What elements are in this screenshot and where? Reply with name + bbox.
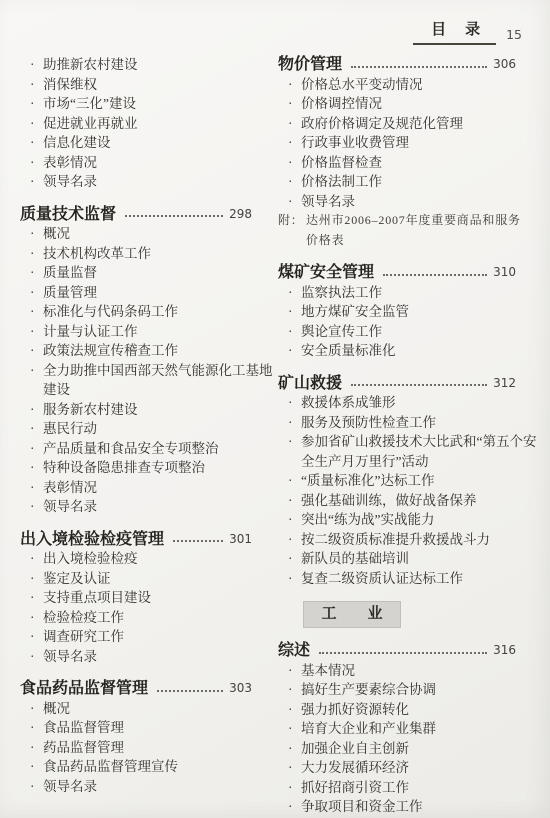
toc-entry: ·质量监督 [20, 263, 252, 283]
page-number: 15 [506, 27, 522, 45]
toc-entry: ·抓好招商引资工作 [278, 778, 516, 798]
bullet-marker: · [288, 432, 301, 452]
toc-entry: ·领导名录 [278, 192, 516, 212]
toc-entry: ·价格总水平变动情况 [278, 75, 516, 95]
section-title: 矿山救援 [278, 374, 342, 394]
section-page-number: 310 [493, 263, 516, 283]
bullet-marker: · [30, 302, 43, 322]
bullet-marker: · [30, 718, 43, 738]
bullet-marker: · [288, 341, 301, 361]
bullet-marker: · [30, 757, 43, 777]
dot-leader [173, 540, 223, 542]
toc-entry-label: 监察执法工作 [301, 283, 540, 303]
toc-section: 矿山救援312·救援体系成雏形·服务及预防性检查工作·参加省矿山救援技术大比武和… [278, 374, 516, 589]
toc-entry-label: 价格监督检查 [301, 153, 540, 173]
toc-entry: ·领导名录 [20, 497, 252, 517]
toc-entry-label: 出入境检验检疫 [43, 549, 276, 569]
bullet-marker: · [30, 172, 43, 192]
section-header: 矿山救援312 [278, 374, 516, 394]
toc-entry-label: 概况 [43, 224, 276, 244]
toc-entry: ·培育大企业和产业集群 [278, 719, 516, 739]
section-page-number: 316 [493, 641, 516, 661]
toc-entry-label: 质量监督 [43, 263, 276, 283]
dot-leader [383, 274, 487, 276]
toc-entry: ·价格法制工作 [278, 172, 516, 192]
toc-entry-label: 复查二级资质认证达标工作 [301, 569, 540, 589]
bullet-marker: · [288, 302, 301, 322]
bullet-marker: · [30, 224, 43, 244]
toc-entry-label: 消保维权 [43, 75, 276, 95]
toc-entry: ·技术机构改革工作 [20, 244, 252, 264]
bullet-marker: · [288, 393, 301, 413]
toc-entry: ·强化基础训练，做好战备保养 [278, 491, 516, 511]
toc-entry: ·助推新农村建设 [20, 55, 252, 75]
bullet-marker: · [288, 719, 301, 739]
toc-entry: ·政策法规宣传稽查工作 [20, 341, 252, 361]
toc-entry: ·表彰情况 [20, 478, 252, 498]
toc-entry: ·产品质量和食品安全专项整治 [20, 439, 252, 459]
toc-entry-label: 价格调控情况 [301, 94, 540, 114]
toc-page: 目 录 15 ·助推新农村建设·消保维权·市场“三化”建设·促进就业再就业·信息… [0, 0, 550, 818]
toc-entry: ·突出“练为战”实战能力 [278, 510, 516, 530]
bullet-marker: · [288, 94, 301, 114]
bullet-marker: · [288, 530, 301, 550]
bullet-marker: · [288, 192, 301, 212]
toc-entry: ·支持重点项目建设 [20, 588, 252, 608]
section-title: 出入境检验检疫管理 [20, 530, 164, 550]
bullet-marker: · [288, 413, 301, 433]
toc-section: 综述316·基本情况·搞好生产要素综合协调·强力抓好资源转化·培育大企业和产业集… [278, 641, 516, 817]
bullet-marker: · [288, 114, 301, 134]
toc-entry-label: “质量标准化”达标工作 [301, 471, 540, 491]
bullet-marker: · [288, 471, 301, 491]
section-page-number: 303 [229, 679, 252, 699]
toc-entry: ·政府价格调定及规范化管理 [278, 114, 516, 134]
page-title: 目 录 [431, 22, 482, 38]
toc-entry: ·质量管理 [20, 283, 252, 303]
toc-entry-label: 参加省矿山救援技术大比武和“第五个安全生产月万里行”活动 [301, 432, 540, 471]
toc-entry: ·服务新农村建设 [20, 400, 252, 420]
toc-entry-label: 计量与认证工作 [43, 322, 276, 342]
bullet-marker: · [30, 439, 43, 459]
bullet-marker: · [30, 608, 43, 628]
toc-entry: ·服务及预防性检查工作 [278, 413, 516, 433]
toc-entry: ·基本情况 [278, 661, 516, 681]
section-header: 煤矿安全管理310 [278, 263, 516, 283]
toc-entry: ·搞好生产要素综合协调 [278, 680, 516, 700]
section-header: 质量技术监督298 [20, 205, 252, 225]
toc-entry-label: 抓好招商引资工作 [301, 778, 540, 798]
toc-entry: ·促进就业再就业 [20, 114, 252, 134]
toc-entry: ·按二级资质标准提升救援战斗力 [278, 530, 516, 550]
bullet-marker: · [288, 491, 301, 511]
toc-entry-label: 价格法制工作 [301, 172, 540, 192]
section-title: 煤矿安全管理 [278, 263, 374, 283]
bullet-marker: · [30, 75, 43, 95]
dot-leader [351, 384, 487, 386]
toc-entry-label: 领导名录 [301, 192, 540, 212]
toc-entry: ·复查二级资质认证达标工作 [278, 569, 516, 589]
toc-entry: ·消保维权 [20, 75, 252, 95]
bullet-marker: · [30, 263, 43, 283]
toc-entry-label: 食品药品监督管理宣传 [43, 757, 276, 777]
toc-entry-label: 鉴定及认证 [43, 569, 276, 589]
toc-entry-label: 表彰情况 [43, 153, 276, 173]
toc-entry: ·大力发展循环经济 [278, 758, 516, 778]
bullet-marker: · [30, 341, 43, 361]
bullet-marker: · [288, 680, 301, 700]
toc-entry-label: 舆论宣传工作 [301, 322, 540, 342]
section-title: 食品药品监督管理 [20, 679, 148, 699]
bullet-marker: · [288, 75, 301, 95]
bullet-marker: · [288, 739, 301, 759]
bullet-marker: · [30, 153, 43, 173]
toc-entry-label: 争取项目和资金工作 [301, 797, 540, 817]
toc-section: 质量技术监督298·概况·技术机构改革工作·质量监督·质量管理·标准化与代码条码… [20, 205, 252, 517]
toc-entry: ·调查研究工作 [20, 627, 252, 647]
toc-entry-label: 检验检疫工作 [43, 608, 276, 628]
toc-entry-label: 市场“三化”建设 [43, 94, 276, 114]
toc-entry: ·领导名录 [20, 647, 252, 667]
toc-entry: ·争取项目和资金工作 [278, 797, 516, 817]
toc-entry: ·监察执法工作 [278, 283, 516, 303]
toc-entry-label: 加强企业自主创新 [301, 739, 540, 759]
bullet-marker: · [288, 700, 301, 720]
toc-entry-label: 技术机构改革工作 [43, 244, 276, 264]
section-header: 综述316 [278, 641, 516, 661]
toc-entry: ·救援体系成雏形 [278, 393, 516, 413]
bullet-marker: · [288, 549, 301, 569]
toc-entry: ·市场“三化”建设 [20, 94, 252, 114]
toc-entry: ·惠民行动 [20, 419, 252, 439]
toc-section: 工 业 [278, 601, 516, 628]
toc-entry-label: 特种设备隐患排查专项整治 [43, 458, 276, 478]
section-header: 食品药品监督管理303 [20, 679, 252, 699]
toc-entry-label: 领导名录 [43, 777, 276, 797]
dot-leader [351, 66, 487, 68]
toc-entry-label: 领导名录 [43, 172, 276, 192]
bullet-marker: · [288, 283, 301, 303]
toc-entry-label: 质量管理 [43, 283, 276, 303]
toc-entry: ·地方煤矿安全监管 [278, 302, 516, 322]
dot-leader [125, 215, 223, 217]
bullet-marker: · [288, 758, 301, 778]
toc-entry-label: 标准化与代码条码工作 [43, 302, 276, 322]
toc-entry-label: 政府价格调定及规范化管理 [301, 114, 540, 134]
toc-entry: ·安全质量标准化 [278, 341, 516, 361]
toc-section: 物价管理306·价格总水平变动情况·价格调控情况·政府价格调定及规范化管理·行政… [278, 55, 516, 250]
toc-entry: ·计量与认证工作 [20, 322, 252, 342]
section-page-number: 306 [493, 55, 516, 75]
toc-entry: ·“质量标准化”达标工作 [278, 471, 516, 491]
toc-entry: ·概况 [20, 224, 252, 244]
toc-entry: ·食品药品监督管理宣传 [20, 757, 252, 777]
toc-entry-label: 价格总水平变动情况 [301, 75, 540, 95]
toc-entry-label: 服务新农村建设 [43, 400, 276, 420]
bullet-marker: · [30, 549, 43, 569]
bullet-marker: · [30, 627, 43, 647]
toc-entry: ·新队员的基础培训 [278, 549, 516, 569]
toc-entry-label: 政策法规宣传稽查工作 [43, 341, 276, 361]
bullet-marker: · [30, 400, 43, 420]
toc-column-left: ·助推新农村建设·消保维权·市场“三化”建设·促进就业再就业·信息化建设·表彰情… [20, 55, 252, 817]
toc-entry-label: 强化基础训练，做好战备保养 [301, 491, 540, 511]
toc-entry-label: 服务及预防性检查工作 [301, 413, 540, 433]
bullet-marker: · [288, 778, 301, 798]
toc-entry-label: 安全质量标准化 [301, 341, 540, 361]
bullet-marker: · [288, 797, 301, 817]
bullet-marker: · [30, 478, 43, 498]
toc-entry-label: 救援体系成雏形 [301, 393, 540, 413]
toc-columns: ·助推新农村建设·消保维权·市场“三化”建设·促进就业再就业·信息化建设·表彰情… [20, 55, 516, 817]
section-header: 物价管理306 [278, 55, 516, 75]
toc-entry: ·药品监督管理 [20, 738, 252, 758]
section-title: 物价管理 [278, 55, 342, 75]
bullet-marker: · [288, 510, 301, 530]
toc-entry: ·领导名录 [20, 172, 252, 192]
section-page-number: 312 [493, 374, 516, 394]
bullet-marker: · [288, 153, 301, 173]
toc-section: 食品药品监督管理303·概况·食品监督管理·药品监督管理·食品药品监督管理宣传·… [20, 679, 252, 796]
toc-entry-label: 强力抓好资源转化 [301, 700, 540, 720]
toc-entry-label: 全力助推中国西部天然气能源化工基地建设 [43, 361, 276, 400]
bullet-marker: · [30, 738, 43, 758]
bullet-marker: · [30, 94, 43, 114]
toc-entry-label: 按二级资质标准提升救援战斗力 [301, 530, 540, 550]
toc-entry-label: 惠民行动 [43, 419, 276, 439]
toc-entry-label: 食品监督管理 [43, 718, 276, 738]
toc-entry: ·参加省矿山救援技术大比武和“第五个安全生产月万里行”活动 [278, 432, 516, 471]
bullet-marker: · [30, 322, 43, 342]
toc-entry-label: 助推新农村建设 [43, 55, 276, 75]
toc-entry: ·领导名录 [20, 777, 252, 797]
toc-entry-label: 领导名录 [43, 497, 276, 517]
section-page-number: 301 [229, 530, 252, 550]
appendix-note: 附：达州市2006–2007年度重要商品和服务价格表 [278, 211, 516, 250]
toc-entry-label: 行政事业收费管理 [301, 133, 540, 153]
toc-entry: ·标准化与代码条码工作 [20, 302, 252, 322]
toc-entry: ·舆论宣传工作 [278, 322, 516, 342]
toc-entry: ·食品监督管理 [20, 718, 252, 738]
toc-section: 煤矿安全管理310·监察执法工作·地方煤矿安全监管·舆论宣传工作·安全质量标准化 [278, 263, 516, 361]
header-underline: 目 录 [413, 18, 496, 45]
bullet-marker: · [30, 497, 43, 517]
dot-leader [157, 690, 223, 692]
bullet-marker: · [30, 114, 43, 134]
bullet-marker: · [30, 569, 43, 589]
bullet-marker: · [30, 55, 43, 75]
bullet-marker: · [30, 458, 43, 478]
toc-entry-label: 促进就业再就业 [43, 114, 276, 134]
section-header: 出入境检验检疫管理301 [20, 530, 252, 550]
toc-entry: ·全力助推中国西部天然气能源化工基地建设 [20, 361, 252, 400]
bullet-marker: · [288, 661, 301, 681]
bullet-marker: · [30, 283, 43, 303]
toc-entry-label: 领导名录 [43, 647, 276, 667]
dot-leader [319, 652, 487, 654]
toc-entry: ·行政事业收费管理 [278, 133, 516, 153]
toc-entry: ·表彰情况 [20, 153, 252, 173]
appendix-note-text: 达州市2006–2007年度重要商品和服务价格表 [306, 211, 530, 250]
toc-entry-label: 地方煤矿安全监管 [301, 302, 540, 322]
bullet-marker: · [30, 588, 43, 608]
toc-section: 出入境检验检疫管理301·出入境检验检疫·鉴定及认证·支持重点项目建设·检验检疫… [20, 530, 252, 667]
toc-entry-label: 支持重点项目建设 [43, 588, 276, 608]
bullet-marker: · [288, 133, 301, 153]
toc-entry-label: 概况 [43, 699, 276, 719]
bullet-marker: · [30, 419, 43, 439]
running-head: 目 录 15 [413, 18, 522, 45]
section-page-number: 298 [229, 205, 252, 225]
toc-entry: ·鉴定及认证 [20, 569, 252, 589]
bullet-marker: · [30, 133, 43, 153]
toc-entry: ·概况 [20, 699, 252, 719]
bullet-marker: · [30, 777, 43, 797]
bullet-marker: · [288, 172, 301, 192]
toc-entry-label: 培育大企业和产业集群 [301, 719, 540, 739]
section-title: 综述 [278, 641, 310, 661]
toc-entry-label: 突出“练为战”实战能力 [301, 510, 540, 530]
toc-entry-label: 调查研究工作 [43, 627, 276, 647]
bullet-marker: · [30, 647, 43, 667]
toc-entry: ·信息化建设 [20, 133, 252, 153]
toc-entry: ·价格监督检查 [278, 153, 516, 173]
toc-column-right: 物价管理306·价格总水平变动情况·价格调控情况·政府价格调定及规范化管理·行政… [278, 55, 516, 817]
toc-entry: ·加强企业自主创新 [278, 739, 516, 759]
toc-section: ·助推新农村建设·消保维权·市场“三化”建设·促进就业再就业·信息化建设·表彰情… [20, 55, 252, 192]
bullet-marker: · [30, 361, 43, 381]
toc-entry-label: 搞好生产要素综合协调 [301, 680, 540, 700]
toc-entry-label: 药品监督管理 [43, 738, 276, 758]
part-divider-box: 工 业 [303, 601, 401, 628]
toc-entry-label: 基本情况 [301, 661, 540, 681]
appendix-note-label: 附： [278, 211, 306, 231]
bullet-marker: · [288, 322, 301, 342]
toc-entry: ·检验检疫工作 [20, 608, 252, 628]
toc-entry-label: 表彰情况 [43, 478, 276, 498]
toc-entry-label: 大力发展循环经济 [301, 758, 540, 778]
toc-entry-label: 产品质量和食品安全专项整治 [43, 439, 276, 459]
section-title: 质量技术监督 [20, 205, 116, 225]
bullet-marker: · [30, 699, 43, 719]
toc-entry-label: 新队员的基础培训 [301, 549, 540, 569]
toc-entry-label: 信息化建设 [43, 133, 276, 153]
bullet-marker: · [288, 569, 301, 589]
toc-entry: ·价格调控情况 [278, 94, 516, 114]
toc-entry: ·特种设备隐患排查专项整治 [20, 458, 252, 478]
toc-entry: ·出入境检验检疫 [20, 549, 252, 569]
toc-entry: ·强力抓好资源转化 [278, 700, 516, 720]
bullet-marker: · [30, 244, 43, 264]
